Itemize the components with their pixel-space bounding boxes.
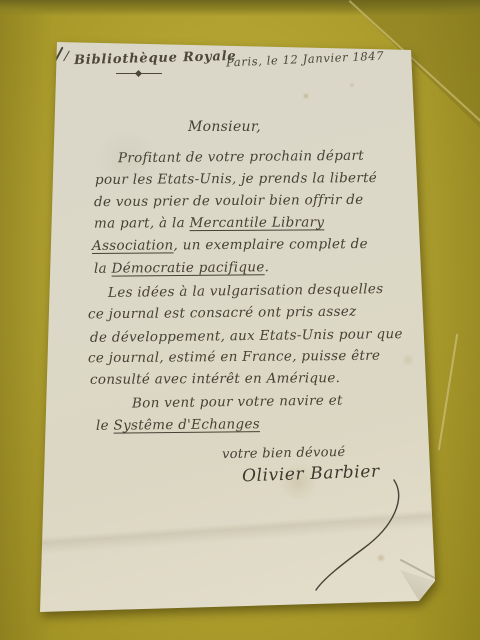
letter-line: ce journal, estimé en France, puisse êtr… xyxy=(88,350,380,366)
line-text: la xyxy=(94,261,112,277)
stamp-flourish xyxy=(116,72,162,75)
line-text: de vous prier de vouloir bien offrir de xyxy=(94,192,364,210)
line-text: Bon vent pour votre navire et xyxy=(132,393,343,412)
line-text-underlined: Association xyxy=(92,237,174,254)
signature-flourish xyxy=(244,478,424,598)
line-text: Profitant de votre prochain départ xyxy=(118,148,364,167)
edge-pen-mark xyxy=(63,50,70,61)
letter-line: Bon vent pour votre navire et xyxy=(132,395,343,411)
letter-line: le Systême d'Echanges xyxy=(96,418,260,433)
letter-line: ma part, à la Mercantile Library xyxy=(94,216,324,231)
letter-line: Profitant de votre prochain départ xyxy=(118,150,364,166)
line-text: consulté avec intérêt en Amérique. xyxy=(90,370,340,388)
line-text-underlined: Systême d'Echanges xyxy=(113,416,260,434)
line-text: pour les Etats-Unis, je prends la libert… xyxy=(95,170,377,188)
line-text: , un exemplaire complet de xyxy=(173,236,367,253)
letter-line: la Démocratie pacifique. xyxy=(94,261,269,276)
line-text: Les idées à la vulgarisation desquelles xyxy=(108,281,384,301)
letter-line: de vous prier de vouloir bien offrir de xyxy=(94,194,364,210)
salutation: Monsieur, xyxy=(188,120,261,134)
letter-line: Association, un exemplaire complet de xyxy=(92,238,368,253)
letter-line: ce journal est consacré ont pris assez xyxy=(88,306,357,322)
letter-paper-wrap: Bibliothèque Royale Paris, le 12 Janvier… xyxy=(36,40,440,618)
letter-line: de développement, aux Etats-Unis pour qu… xyxy=(90,328,403,345)
letter-line: consulté avec intérêt en Amérique. xyxy=(90,372,340,387)
line-text: . xyxy=(265,259,270,275)
line-text-underlined: Démocratie pacifique xyxy=(111,259,264,276)
line-text: ce journal, estimé en France, puisse êtr… xyxy=(88,348,380,367)
background-scratch-line xyxy=(438,334,458,451)
photo-background: Bibliothèque Royale Paris, le 12 Janvier… xyxy=(0,0,480,640)
edge-pen-mark xyxy=(54,47,63,62)
letter-line: Les idées à la vulgarisation desquelles xyxy=(108,283,384,300)
line-text: ma part, à la xyxy=(94,215,190,231)
letter-line: pour les Etats-Unis, je prends la libert… xyxy=(95,172,377,187)
dateline: Paris, le 12 Janvier 1847 xyxy=(226,51,385,69)
line-text-underlined: Mercantile Library xyxy=(189,214,324,231)
line-text: de développement, aux Etats-Unis pour qu… xyxy=(90,326,403,346)
line-text: ce journal est consacré ont pris assez xyxy=(88,304,357,323)
library-stamp: Bibliothèque Royale xyxy=(74,50,237,67)
closing: votre bien dévoué xyxy=(222,446,346,461)
line-text: le xyxy=(96,418,114,434)
letter-paper: Bibliothèque Royale Paris, le 12 Janvier… xyxy=(36,40,440,618)
